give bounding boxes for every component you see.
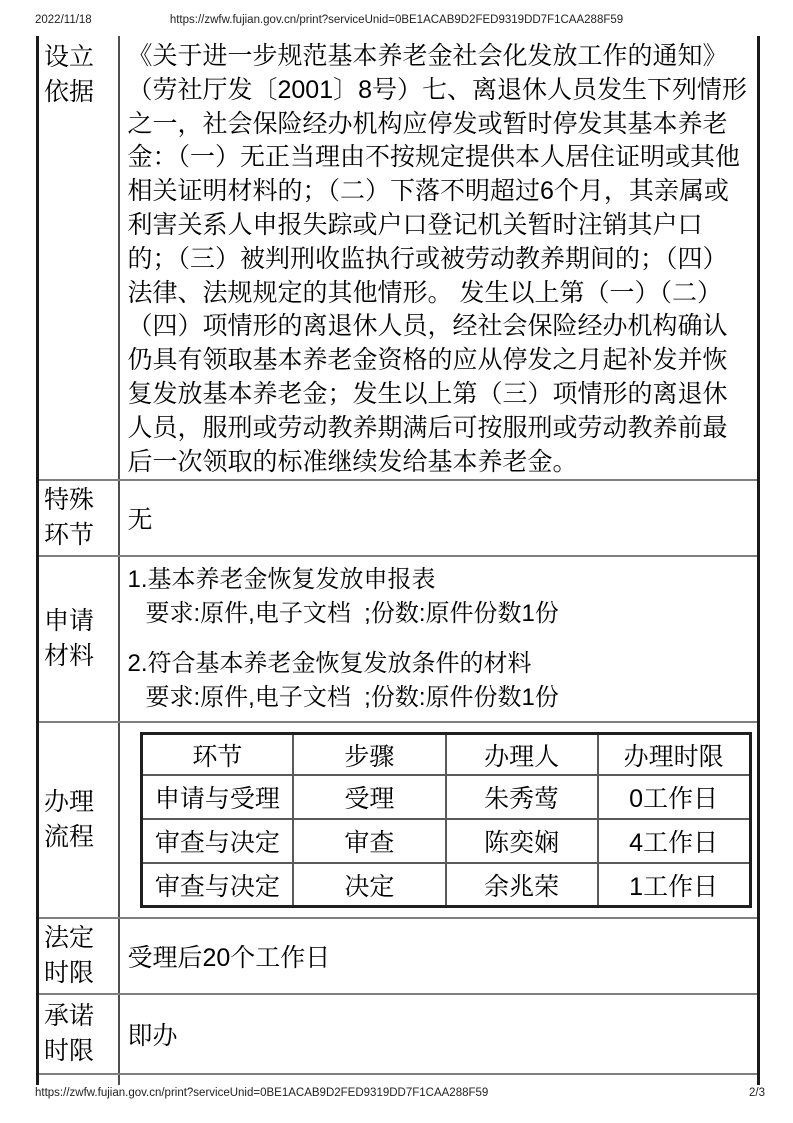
footer-page-number: 2/3: [749, 1087, 765, 1099]
process-cell: 审查: [293, 819, 445, 863]
special-steps-value: 无: [119, 480, 759, 556]
process-cell: 朱秀莺: [446, 775, 598, 819]
print-header: 2022/11/18 https://zwfw.fujian.gov.cn/pr…: [35, 14, 758, 28]
cutoff-label-cell: [38, 1074, 119, 1085]
table-row: 法定时限 受理后20个工作日: [38, 918, 759, 994]
row-label-special-steps: 特殊环节: [38, 480, 119, 556]
process-cell: 决定: [293, 863, 445, 907]
legal-limit-value: 受理后20个工作日: [119, 918, 759, 994]
row-label-promised-limit: 承诺时限: [38, 994, 119, 1074]
process-cell: 审查与决定: [141, 819, 293, 863]
material-requirement: 要求:原件,电子文档 ;份数:原件份数1份: [128, 681, 758, 715]
table-row: 承诺时限 即办: [38, 994, 759, 1074]
header-url: https://zwfw.fujian.gov.cn/print?service…: [35, 14, 758, 26]
process-table: 环节 步骤 办理人 办理时限 申请与受理 受理 朱秀莺 0工作日: [140, 732, 752, 908]
process-cell: 受理: [293, 775, 445, 819]
row-label-process: 办理流程: [38, 722, 119, 918]
basis-content-cell: 《关于进一步规范基本养老金社会化发放工作的通知》（劳社厅发〔2001〕8号）七、…: [119, 36, 759, 480]
process-cell: 余兆荣: [446, 863, 598, 907]
process-header-step: 步骤: [293, 734, 445, 775]
material-name: 1.基本养老金恢复发放申报表: [128, 563, 758, 597]
table-row: 申请材料 1.基本养老金恢复发放申报表 要求:原件,电子文档 ;份数:原件份数1…: [38, 556, 759, 722]
process-cell: 申请与受理: [141, 775, 293, 819]
service-info-table: 设立依据 《关于进一步规范基本养老金社会化发放工作的通知》（劳社厅发〔2001〕…: [36, 36, 760, 1085]
row-label-legal-limit: 法定时限: [38, 918, 119, 994]
materials-content-cell: 1.基本养老金恢复发放申报表 要求:原件,电子文档 ;份数:原件份数1份 2.符…: [119, 556, 759, 722]
material-requirement: 要求:原件,电子文档 ;份数:原件份数1份: [128, 597, 758, 631]
footer-url: https://zwfw.fujian.gov.cn/print?service…: [35, 1087, 488, 1099]
print-page: 2022/11/18 https://zwfw.fujian.gov.cn/pr…: [0, 0, 793, 1123]
process-cell: 4工作日: [598, 819, 750, 863]
table-row: 办理流程 环节 步骤 办理人 办理时限 申请与受理: [38, 722, 759, 918]
table-row-cutoff: [38, 1074, 759, 1085]
material-item: 1.基本养老金恢复发放申报表 要求:原件,电子文档 ;份数:原件份数1份: [128, 563, 758, 631]
row-label-materials: 申请材料: [38, 556, 119, 722]
process-cell: 陈奕娴: [446, 819, 598, 863]
process-row: 申请与受理 受理 朱秀莺 0工作日: [141, 775, 750, 819]
process-row: 审查与决定 决定 余兆荣 1工作日: [141, 863, 750, 907]
process-header-row: 环节 步骤 办理人 办理时限: [141, 734, 750, 775]
promised-limit-value: 即办: [119, 994, 759, 1074]
row-label-basis: 设立依据: [38, 36, 119, 480]
process-content-cell: 环节 步骤 办理人 办理时限 申请与受理 受理 朱秀莺 0工作日: [119, 722, 759, 918]
process-row: 审查与决定 审查 陈奕娴 4工作日: [141, 819, 750, 863]
print-footer: https://zwfw.fujian.gov.cn/print?service…: [35, 1087, 765, 1101]
basis-text: 《关于进一步规范基本养老金社会化发放工作的通知》（劳社厅发〔2001〕8号）七、…: [128, 36, 758, 479]
process-cell: 1工作日: [598, 863, 750, 907]
process-header-handler: 办理人: [446, 734, 598, 775]
table-row: 特殊环节 无: [38, 480, 759, 556]
process-cell: 0工作日: [598, 775, 750, 819]
table-row: 设立依据 《关于进一步规范基本养老金社会化发放工作的通知》（劳社厅发〔2001〕…: [38, 36, 759, 480]
material-name: 2.符合基本养老金恢复发放条件的材料: [128, 647, 758, 681]
process-header-step-group: 环节: [141, 734, 293, 775]
process-cell: 审查与决定: [141, 863, 293, 907]
process-header-time-limit: 办理时限: [598, 734, 750, 775]
material-item: 2.符合基本养老金恢复发放条件的材料 要求:原件,电子文档 ;份数:原件份数1份: [128, 647, 758, 715]
cutoff-content-cell: [119, 1074, 759, 1085]
